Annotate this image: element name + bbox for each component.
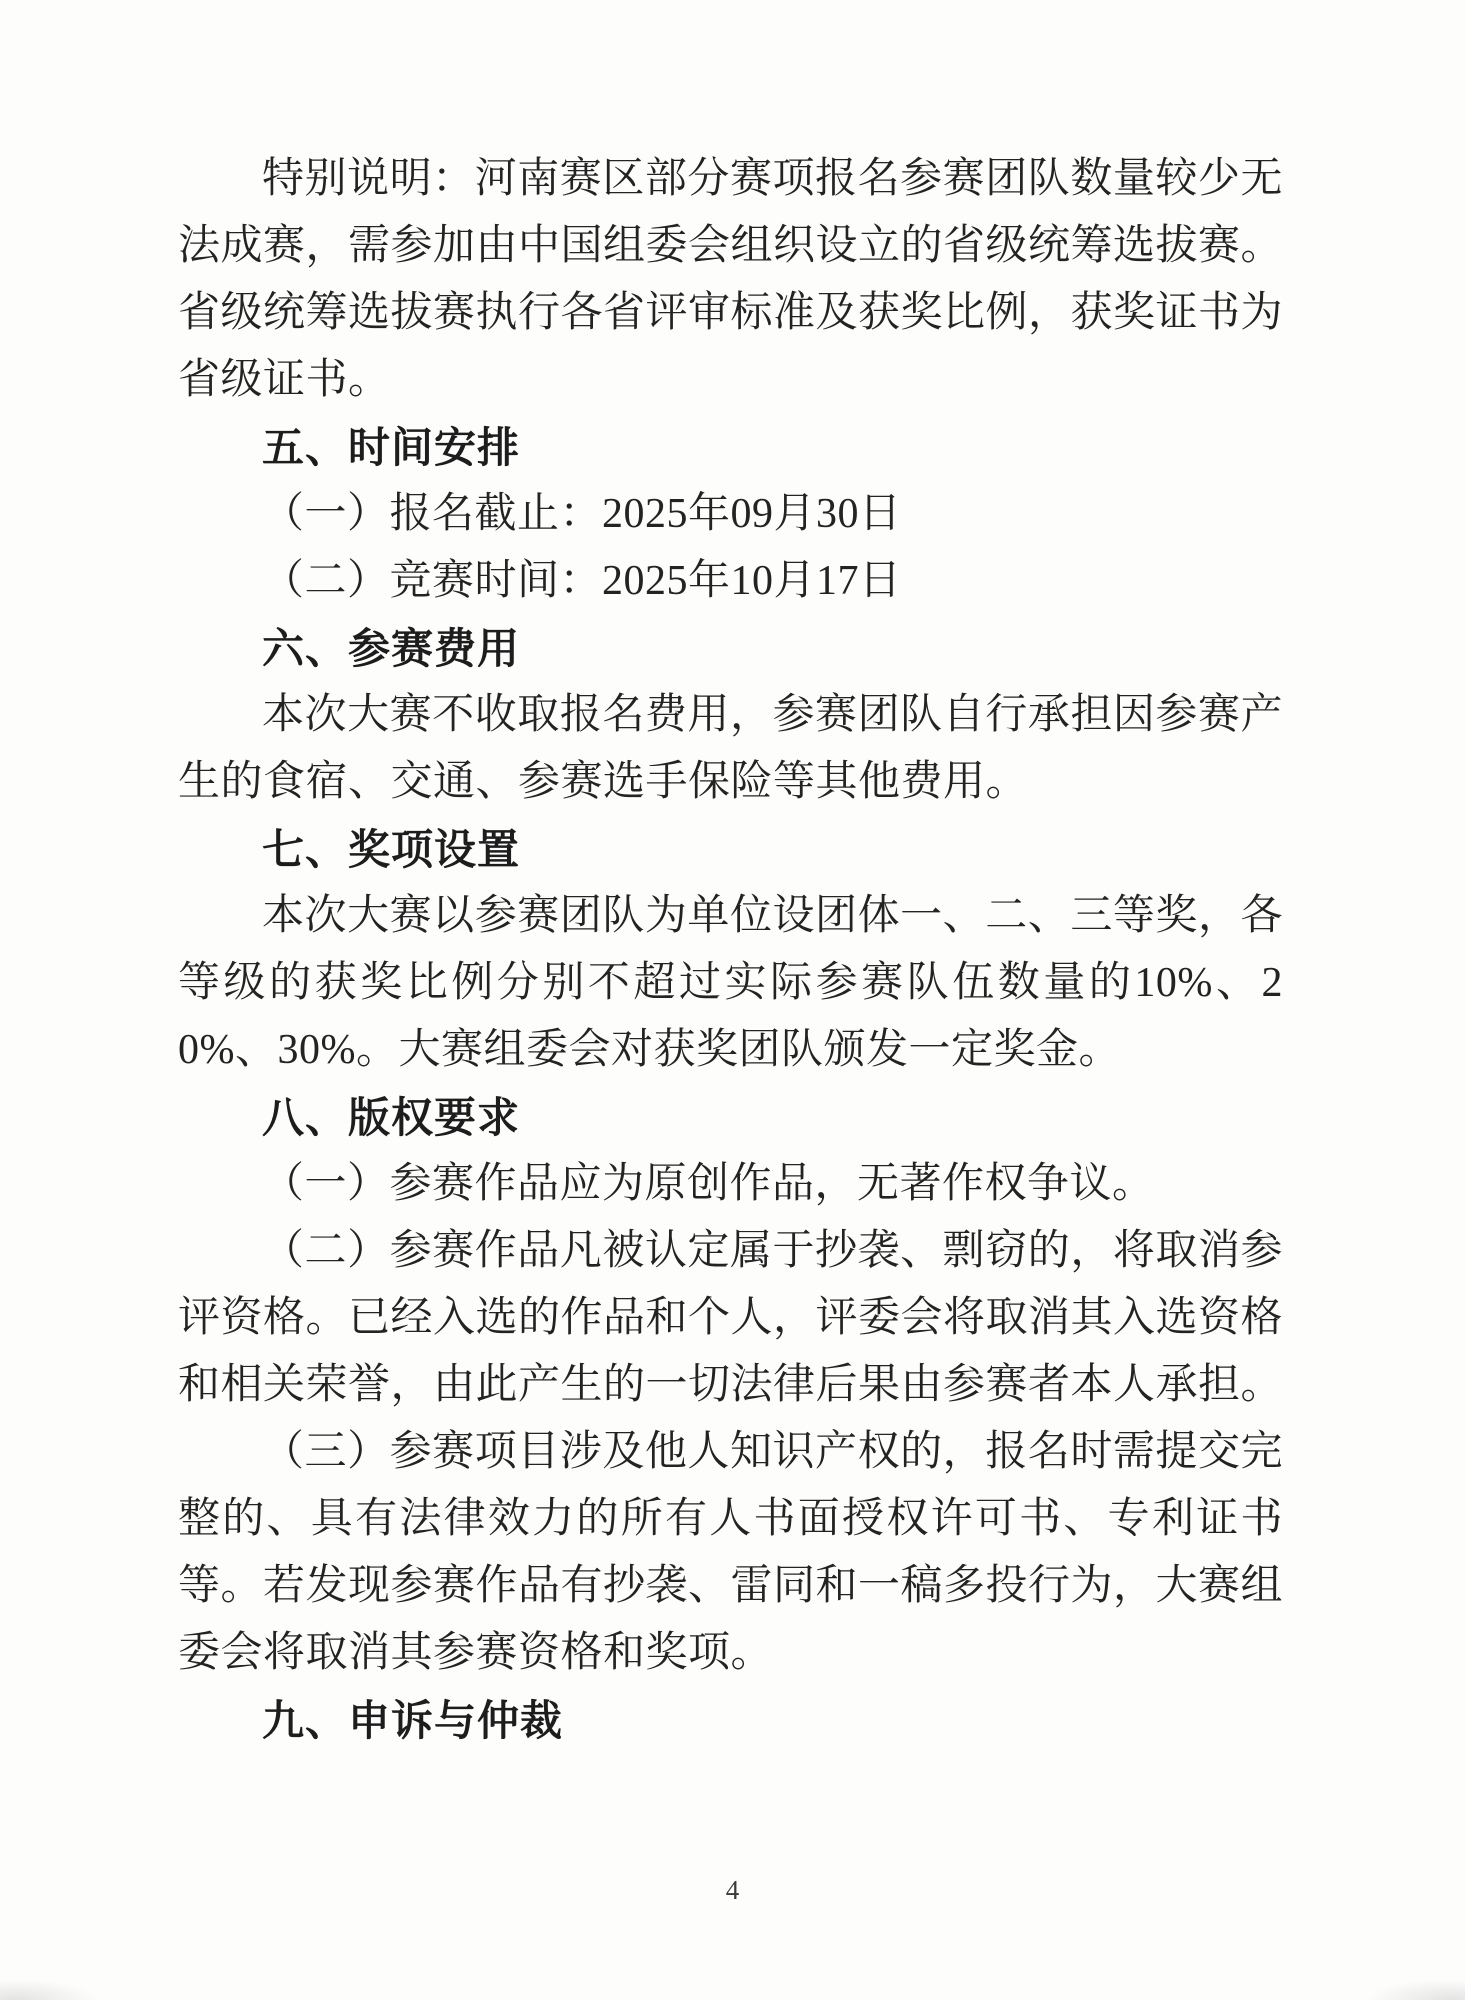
copyright-item-3: （三）参赛项目涉及他人知识产权的，报名时需提交完整的、具有法律效力的所有人书面授… bbox=[178, 1419, 1283, 1687]
awards-paragraph: 本次大赛以参赛团队为单位设团体一、二、三等奖，各等级的获奖比例分别不超过实际参赛… bbox=[178, 883, 1283, 1084]
special-note-paragraph: 特别说明：河南赛区部分赛项报名参赛团队数量较少无法成赛，需参加由中国组委会组织设… bbox=[178, 146, 1283, 414]
section-5-heading-time-schedule: 五、时间安排 bbox=[178, 414, 1283, 481]
competition-date-item: （二）竞赛时间：2025年10月17日 bbox=[178, 548, 1283, 615]
scanned-document-page: 特别说明：河南赛区部分赛项报名参赛团队数量较少无法成赛，需参加由中国组委会组织设… bbox=[0, 0, 1465, 2000]
page-number: 4 bbox=[0, 1872, 1465, 1908]
copyright-item-1: （一）参赛作品应为原创作品，无著作权争议。 bbox=[178, 1151, 1283, 1218]
section-9-heading-appeals-arbitration: 九、申诉与仲裁 bbox=[178, 1687, 1283, 1754]
copyright-item-2: （二）参赛作品凡被认定属于抄袭、剽窃的，将取消参评资格。已经入选的作品和个人，评… bbox=[178, 1218, 1283, 1419]
section-6-heading-entry-fees: 六、参赛费用 bbox=[178, 615, 1283, 682]
document-body: 特别说明：河南赛区部分赛项报名参赛团队数量较少无法成赛，需参加由中国组委会组织设… bbox=[178, 146, 1283, 1754]
section-7-heading-awards: 七、奖项设置 bbox=[178, 816, 1283, 883]
entry-fees-paragraph: 本次大赛不收取报名费用，参赛团队自行承担因参赛产生的食宿、交通、参赛选手保险等其… bbox=[178, 682, 1283, 816]
section-8-heading-copyright: 八、版权要求 bbox=[178, 1084, 1283, 1151]
registration-deadline-item: （一）报名截止：2025年09月30日 bbox=[178, 481, 1283, 548]
